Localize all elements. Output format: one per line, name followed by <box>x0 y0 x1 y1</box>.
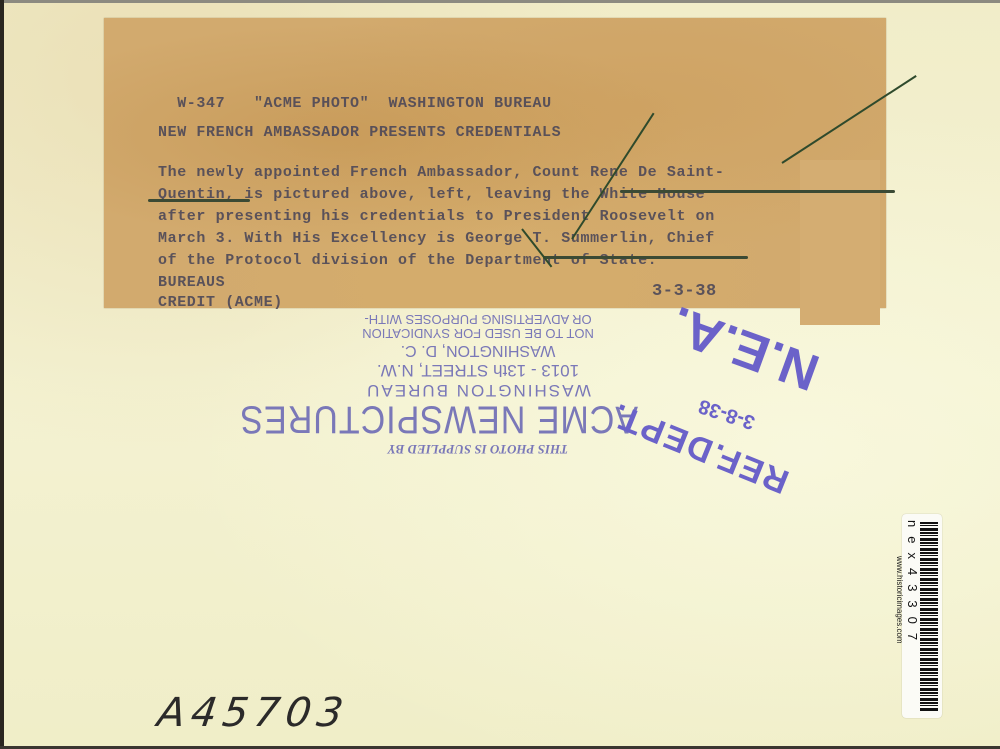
barcode-url: www.historicimages.com <box>895 556 904 644</box>
top-edge <box>0 0 1000 3</box>
photo-code: W-347 <box>177 95 225 112</box>
underline-summerlin <box>543 256 748 259</box>
caption-line-3: after presenting his credentials to Pres… <box>158 208 715 225</box>
clipping-header: W-347 "ACME PHOTO" WASHINGTON BUREAU <box>158 78 552 112</box>
barcode-icon <box>920 522 938 712</box>
bureaus-label: BUREAUS <box>158 274 225 291</box>
credit-label: CREDIT (ACME) <box>158 294 283 311</box>
stamp-city: WASHINGTON, D. C. <box>318 340 638 360</box>
agency-name: "ACME PHOTO" <box>254 95 369 112</box>
caption-line-1: The newly appointed French Ambassador, C… <box>158 164 725 181</box>
stamp-restriction-1: NOT TO BE USED FOR SYNDICATION <box>318 326 638 340</box>
handwritten-id: A45703 <box>155 690 352 736</box>
headline: NEW FRENCH AMBASSADOR PRESENTS CREDENTIA… <box>158 124 561 141</box>
barcode-code: nex43307 <box>904 520 920 710</box>
underline-quentin <box>148 199 250 202</box>
stamp-address: 1013 - 13th STREET, N.W. <box>318 360 638 380</box>
underline-saint-quentin <box>620 190 895 193</box>
clipping-tab <box>800 160 880 325</box>
caption-line-5: of the Protocol division of the Departme… <box>158 252 657 269</box>
left-edge <box>0 0 4 749</box>
stamp-agency: ACME NEWSPICTURES <box>318 397 638 441</box>
caption-line-4: March 3. With His Excellency is George T… <box>158 230 715 247</box>
stamp-restriction-2: OR ADVERTISING PURPOSES WITH- <box>318 312 638 326</box>
stamp-supplied-by: THIS PHOTO IS SUPPLIED BY <box>318 442 638 456</box>
bureau-name: WASHINGTON BUREAU <box>388 95 551 112</box>
agency-stamp: THIS PHOTO IS SUPPLIED BY ACME NEWSPICTU… <box>318 312 638 456</box>
